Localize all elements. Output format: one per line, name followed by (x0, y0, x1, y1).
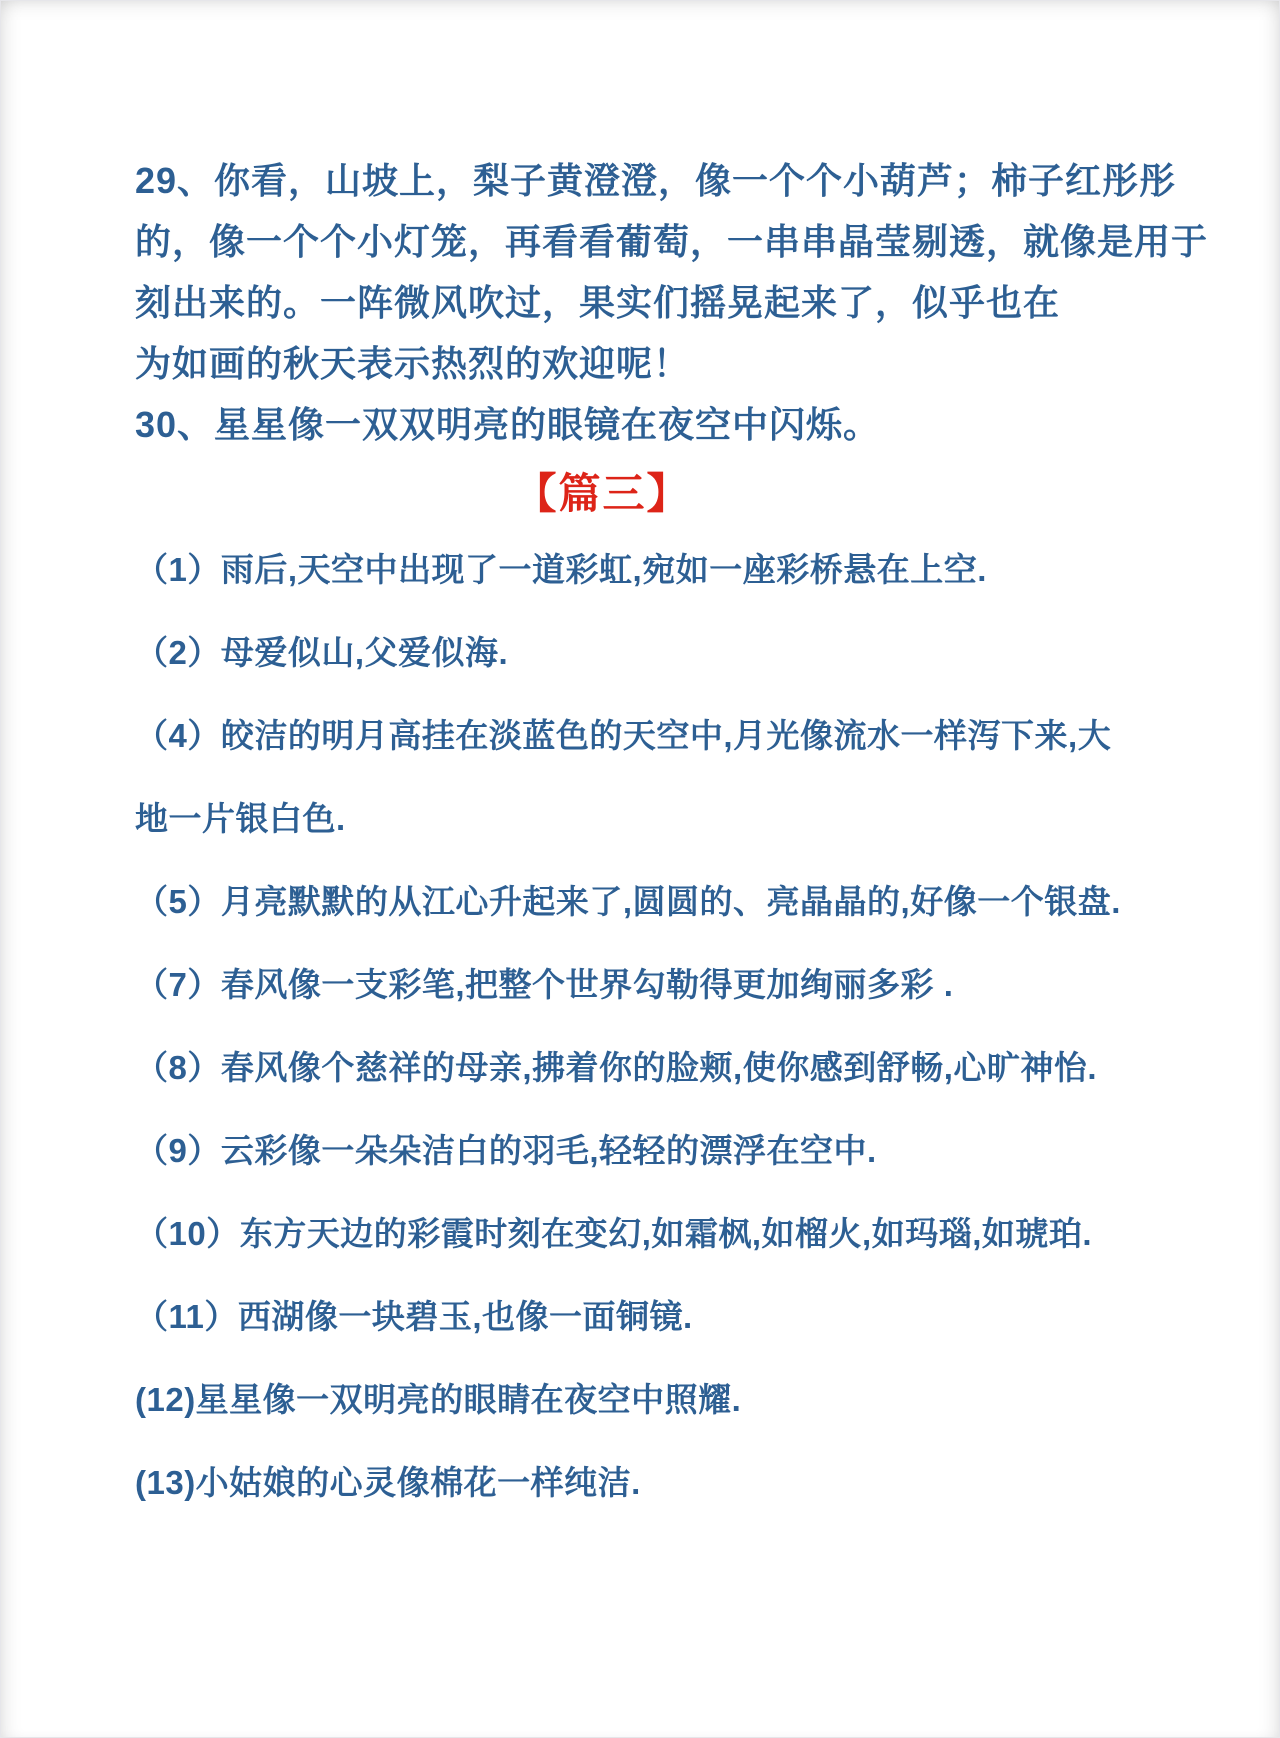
simile-item-10: （10）东方天边的彩霞时刻在变幻,如霜枫,如榴火,如玛瑙,如琥珀. (135, 1192, 1160, 1275)
simile-item-2: （2）母爱似山,父爱似海. (135, 611, 1160, 694)
simile-item-7: （7）春风像一支彩笔,把整个世界勾勒得更加绚丽多彩 . (135, 943, 1160, 1026)
sentence-29-line-4: 为如画的秋天表示热烈的欢迎呢！ (135, 333, 1160, 394)
sentence-30: 30、星星像一双双明亮的眼镜在夜空中闪烁。 (135, 394, 1160, 455)
simile-item-8: （8）春风像个慈祥的母亲,拂着你的脸颊,使你感到舒畅,心旷神怡. (135, 1026, 1160, 1109)
simile-item-12: (12)星星像一双明亮的眼睛在夜空中照耀. (135, 1358, 1160, 1441)
sentence-29-line-1: 29、你看，山坡上，梨子黄澄澄，像一个个小葫芦；柿子红彤彤 (135, 150, 1160, 211)
simile-item-1: （1）雨后,天空中出现了一道彩虹,宛如一座彩桥悬在上空. (135, 528, 1160, 611)
simile-list: （1）雨后,天空中出现了一道彩虹,宛如一座彩桥悬在上空. （2）母爱似山,父爱似… (135, 528, 1160, 1524)
simile-item-5: （5）月亮默默的从江心升起来了,圆圆的、亮晶晶的,好像一个银盘. (135, 860, 1160, 943)
simile-item-11: （11）西湖像一块碧玉,也像一面铜镜. (135, 1275, 1160, 1358)
sentence-29-line-3: 刻出来的。一阵微风吹过，果实们摇晃起来了，似乎也在 (135, 272, 1160, 333)
simile-item-9: （9）云彩像一朵朵洁白的羽毛,轻轻的漂浮在空中. (135, 1109, 1160, 1192)
section-heading: 【篇三】 (90, 463, 1115, 524)
simile-item-13: (13)小姑娘的心灵像棉花一样纯洁. (135, 1441, 1160, 1524)
simile-item-4-line-2: 地一片银白色. (135, 777, 1160, 860)
document-page: 29、你看，山坡上，梨子黄澄澄，像一个个小葫芦；柿子红彤彤 的，像一个个小灯笼，… (0, 0, 1280, 1738)
simile-item-4-line-1: （4）皎洁的明月高挂在淡蓝色的天空中,月光像流水一样泻下来,大 (135, 694, 1160, 777)
intro-section: 29、你看，山坡上，梨子黄澄澄，像一个个小葫芦；柿子红彤彤 的，像一个个小灯笼，… (135, 150, 1160, 455)
sentence-29-line-2: 的，像一个个小灯笼，再看看葡萄，一串串晶莹剔透，就像是用于 (135, 211, 1160, 272)
